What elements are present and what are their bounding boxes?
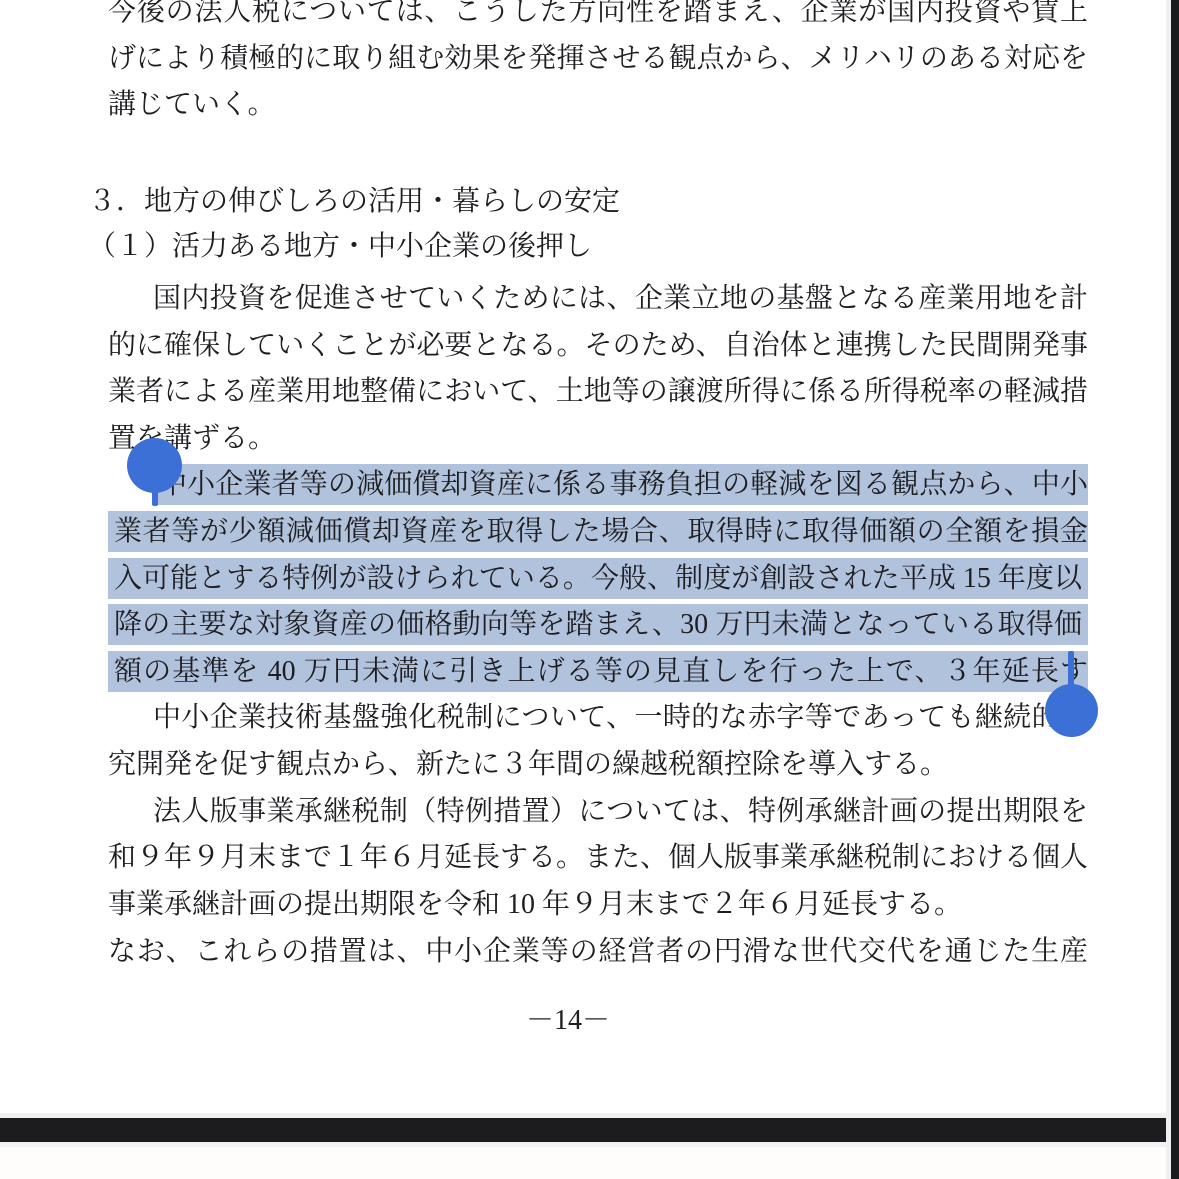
text-line: 的に確保していくことが必要となる。そのため、自治体と連携した民間開発事 bbox=[108, 323, 1088, 370]
body-text-column: 国内投資を促進させていくためには、企業立地の基盤となる産業用地を計画 的に確保し… bbox=[108, 276, 1088, 975]
intro-paragraph: 今後の法人税については、こうした方向性を踏まえ、企業が国内投資や賃上 げにより積… bbox=[108, 0, 1088, 129]
text-line: 講じていく。 bbox=[108, 82, 1088, 129]
text-line: げにより積極的に取り組む効果を発揮させる観点から、メリハリのある対応を bbox=[108, 36, 1088, 83]
text-line: 和９年９月末まで１年６月延長する。また、個人版事業承継税制における個人 bbox=[108, 835, 1088, 882]
selection-handle-start-icon[interactable] bbox=[127, 438, 182, 493]
document-page: 今後の法人税については、こうした方向性を踏まえ、企業が国内投資や賃上 げにより積… bbox=[0, 0, 1166, 1113]
app-background-strip bbox=[1171, 0, 1179, 1179]
text-line: 中小企業技術基盤強化税制について、一時的な赤字等であっても継続的な研 bbox=[108, 695, 1088, 742]
page-number: －14－ bbox=[0, 998, 1136, 1045]
text-line: なお、これらの措置は、中小企業等の経営者の円滑な世代交代を通じた生産 bbox=[108, 929, 1088, 976]
text-line: 置を講ずる。 bbox=[108, 416, 1088, 463]
next-page-sliver bbox=[0, 1147, 1166, 1179]
text-line: 今後の法人税については、こうした方向性を踏まえ、企業が国内投資や賃上 bbox=[108, 0, 1088, 36]
section-heading: ３．地方の伸びしろの活用・暮らしの安定 bbox=[88, 179, 1088, 226]
highlighted-text-line: 降の主要な対象資産の価格動向等を踏まえ、30 万円未満となっている取得価 bbox=[108, 602, 1088, 649]
highlighted-text-line: 業者等が少額減価償却資産を取得した場合、取得時に取得価額の全額を損金算 bbox=[108, 509, 1088, 556]
highlighted-text-line: 中小企業者等の減価償却資産に係る事務負担の軽減を図る観点から、中小企 bbox=[108, 462, 1088, 509]
highlighted-text-line: 額の基準を 40 万円未満に引き上げる等の見直しを行った上で、３年延長する。 bbox=[108, 649, 1088, 696]
text-line: 究開発を促す観点から、新たに３年間の繰越税額控除を導入する。 bbox=[108, 742, 1088, 789]
selection-handle-end-icon[interactable] bbox=[1045, 684, 1098, 737]
highlighted-text-line: 入可能とする特例が設けられている。今般、制度が創設された平成 15 年度以 bbox=[108, 556, 1088, 603]
page-gap-bar bbox=[0, 1118, 1179, 1142]
text-line: 国内投資を促進させていくためには、企業立地の基盤となる産業用地を計画 bbox=[108, 276, 1088, 323]
subsection-heading: （１）活力ある地方・中小企業の後押し bbox=[88, 224, 1088, 271]
text-line: 業者による産業用地整備において、土地等の譲渡所得に係る所得税率の軽減措 bbox=[108, 369, 1088, 416]
text-line: 法人版事業承継税制（特例措置）については、特例承継計画の提出期限を令 bbox=[108, 789, 1088, 836]
text-line: 事業承継計画の提出期限を令和 10 年９月末まで２年６月延長する。 bbox=[108, 882, 1088, 929]
